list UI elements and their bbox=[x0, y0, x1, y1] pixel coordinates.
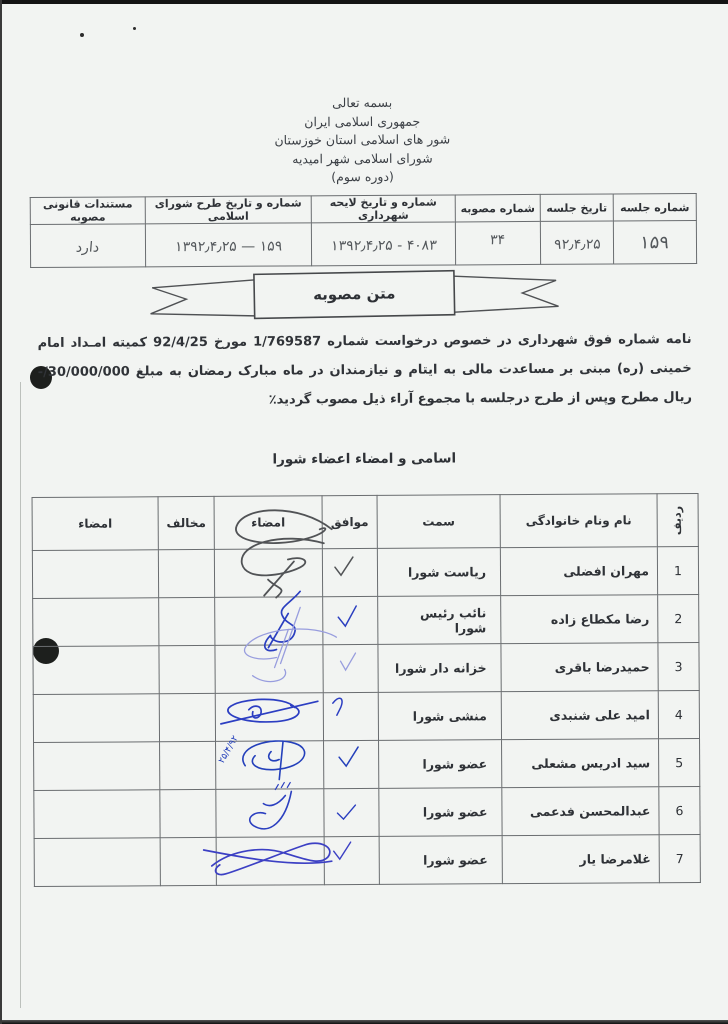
value-session-number: ۱۵۹ bbox=[613, 220, 696, 264]
header-oppose: مخالف bbox=[158, 496, 214, 549]
header-position: سمت bbox=[377, 495, 500, 549]
header-council-plan: شماره و تاریخ طرح شورای اسلامی bbox=[145, 196, 311, 224]
member-row: 4 امید علی شنبدی منشی شورا bbox=[33, 690, 699, 742]
banner-left-tail bbox=[150, 280, 255, 318]
info-table-header-row: شماره جلسه تاریخ جلسه شماره مصوبه شماره … bbox=[30, 193, 696, 224]
header-session-date: تاریخ جلسه bbox=[540, 194, 613, 221]
member-row: 1 مهران افضلی ریاست شورا bbox=[32, 546, 698, 598]
value-legal-docs: دارد bbox=[30, 224, 145, 268]
banner-label: متن مصوبه bbox=[253, 269, 456, 319]
header-session-number: شماره جلسه bbox=[613, 193, 696, 221]
banner-right-tail bbox=[454, 274, 559, 312]
value-resolution-number: ۳۴ bbox=[455, 221, 540, 265]
value-municipality-bill: ۴۰۸۳ - ۱۳۹۲٫۴٫۲۵ bbox=[311, 222, 455, 266]
member-row: 2 رضا مکطاع زاده نائب رئیس شورا bbox=[33, 594, 699, 646]
value-council-plan: ۱۵۹ — ۱۳۹۲٫۴٫۲۵ bbox=[145, 223, 311, 267]
header-full-name: نام ونام خانوادگی bbox=[500, 494, 657, 548]
info-table-value-row: ۱۵۹ ۹۲٫۴٫۲۵ ۳۴ ۴۰۸۳ - ۱۳۹۲٫۴٫۲۵ ۱۵۹ — ۱۳… bbox=[30, 220, 696, 267]
resolution-banner: متن مصوبه bbox=[142, 267, 567, 323]
member-row: 7 غلامرضا یار عضو شورا bbox=[34, 834, 700, 886]
header-signature-agree: امضاء bbox=[214, 496, 322, 550]
signature-table: ردیف نام ونام خانوادگی سمت موافق امضاء م… bbox=[32, 493, 701, 887]
document-sheet: بسمه تعالی جمهوری اسلامی ایران شور های ا… bbox=[0, 0, 728, 1024]
signature-section-title: اسامی و امضاء اعضاء شورا bbox=[0, 449, 728, 469]
member-row: 3 حمیدرضا باقری خزانه دار شورا bbox=[33, 642, 699, 694]
resolution-info-table: شماره جلسه تاریخ جلسه شماره مصوبه شماره … bbox=[30, 193, 697, 268]
header-municipality-bill: شماره و تاریخ لایحه شهرداری bbox=[311, 195, 455, 223]
member-row: 5 سید ادریس مشعلی عضو شورا bbox=[34, 738, 700, 790]
letterhead: بسمه تعالی جمهوری اسلامی ایران شور های ا… bbox=[0, 92, 727, 189]
header-row-number: ردیف bbox=[657, 493, 698, 546]
header-resolution-number: شماره مصوبه bbox=[455, 194, 540, 222]
header-signature-oppose: امضاء bbox=[32, 497, 158, 551]
signature-table-header-row: ردیف نام ونام خانوادگی سمت موافق امضاء م… bbox=[32, 493, 698, 550]
scanned-document-page: بسمه تعالی جمهوری اسلامی ایران شور های ا… bbox=[0, 0, 728, 1024]
resolution-body-text: نامه شماره فوق شهرداری در خصوص درخواست ش… bbox=[38, 325, 693, 416]
letterhead-term: (دوره سوم) bbox=[0, 166, 727, 189]
header-agree: موافق bbox=[322, 495, 377, 548]
member-row: 6 عبدالمحسن فدعمی عضو شورا bbox=[34, 786, 700, 838]
header-legal-docs: مستندات قانونی مصوبه bbox=[30, 197, 145, 225]
value-session-date: ۹۲٫۴٫۲۵ bbox=[540, 221, 613, 264]
